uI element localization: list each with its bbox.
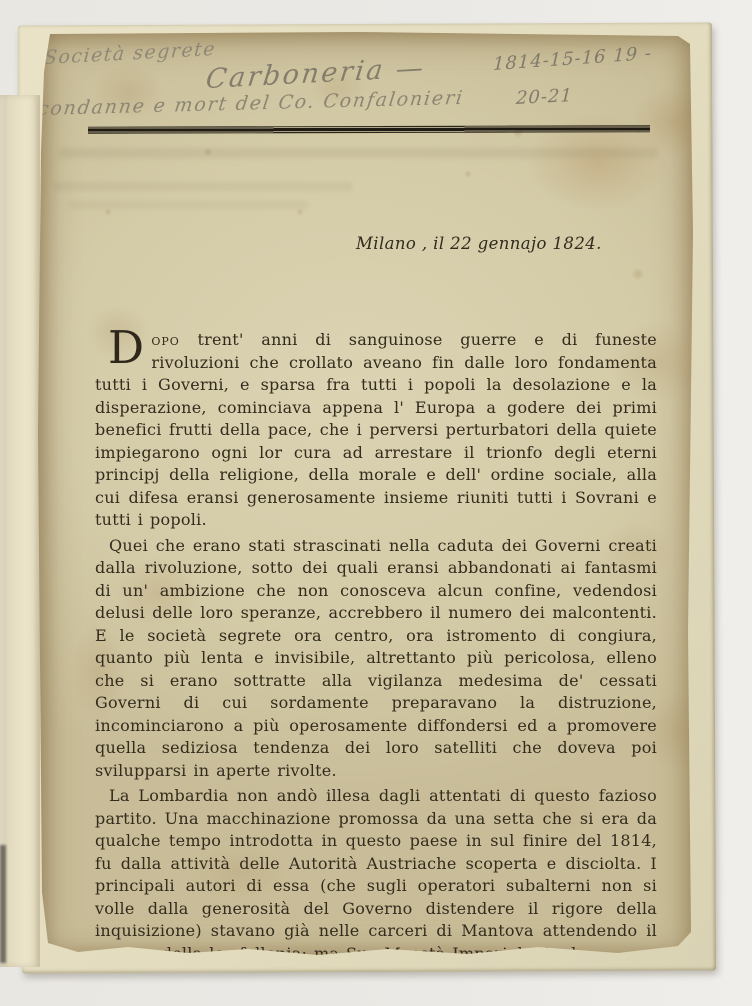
paragraph-1: Dopo trent' anni di sanguinose guerre e … (95, 329, 657, 532)
printed-double-rule (88, 125, 650, 133)
paragraph-3: La Lombardia non andò illesa dagli atten… (95, 785, 657, 965)
document-page: Società segrete Carboneria — condanne e … (38, 32, 693, 958)
paragraph-2: Quei che erano stati strascinati nella c… (95, 535, 657, 783)
dropcap-lead-smallcaps: opo (151, 330, 179, 349)
show-through-line (53, 182, 353, 191)
dropcap-letter: D (108, 329, 144, 366)
show-through-line (68, 201, 308, 209)
binding-fold-shadow (0, 845, 6, 963)
scanned-document-screenshot: { "document": { "annotations": { "top_le… (0, 0, 752, 1006)
body-text: Dopo trent' anni di sanguinose guerre e … (95, 329, 657, 965)
handwritten-note-years-line2: 20-21 (515, 85, 573, 109)
dateline: Milano , il 22 gennajo 1824. (356, 234, 602, 253)
binding-strip (0, 95, 40, 967)
handwritten-note-years-line1: 1814-15-16 19 - (493, 43, 653, 75)
handwritten-note-condanne: condanne e mort del Co. Confalonieri (37, 87, 466, 120)
handwritten-note-societa-segrete: Società segrete (43, 38, 217, 69)
show-through-line (58, 148, 658, 158)
paragraph-1-text: trent' anni di sanguinose guerre e di fu… (95, 330, 657, 529)
